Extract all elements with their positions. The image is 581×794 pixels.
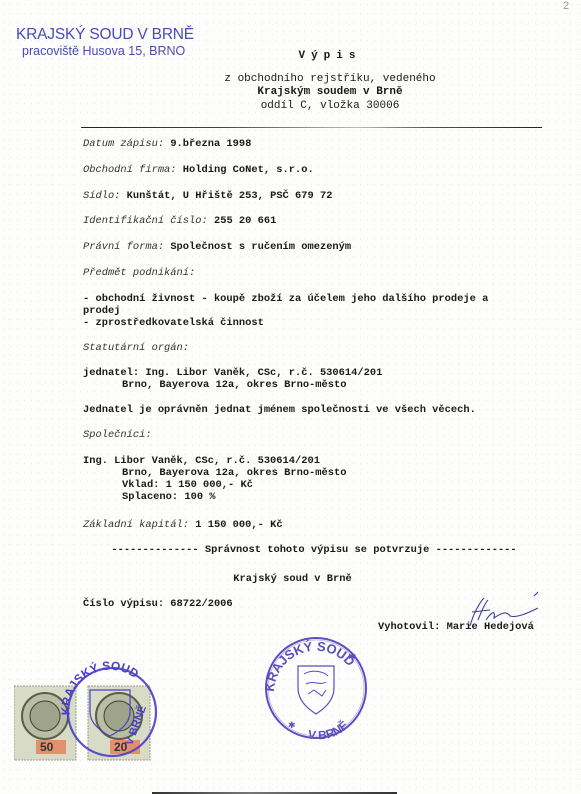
value-registration-date: 9.března 1998 <box>170 138 251 150</box>
page-corner-mark: 2 <box>563 0 569 12</box>
court-header-stamp-address: pracoviště Husova 15, BRNO <box>22 45 194 59</box>
value-business-name: Holding CoNet, s.r.o. <box>183 164 314 176</box>
overlapping-court-seal-icon: KRAJSKÝ SOUD V BRNĚ <box>60 660 160 760</box>
label-business-name: Obchodní firma: <box>83 164 177 176</box>
value-id-number: 255 20 661 <box>214 215 276 227</box>
round-court-seal-icon: KRAJSKÝ SOUD V BRNĚ ✱ ✱ <box>256 630 376 740</box>
statutory-address: Brno, Bayerova 12a, okres Brno-město <box>83 379 346 392</box>
revenue-stamp-value: 50 <box>40 740 54 754</box>
field-seat: Sídlo: Kunštát, U Hřiště 253, PSČ 679 72 <box>83 190 332 203</box>
title-line-1: z obchodního rejstříku, vedeného <box>200 73 460 87</box>
svg-text:✱: ✱ <box>348 652 356 663</box>
field-legal-form: Právní forma: Společnost s ručením omeze… <box>83 241 351 254</box>
svg-text:V BRNĚ: V BRNĚ <box>307 717 351 740</box>
statutory-authority-note: Jednatel je oprávněn jednat jménem spole… <box>83 404 476 417</box>
field-business-scope-label: Předmět podnikání: <box>83 267 195 280</box>
partner-paid: Splaceno: 100 % <box>83 491 216 504</box>
field-statutory-label: Statutární orgán: <box>83 342 189 355</box>
label-legal-form: Právní forma: <box>83 241 164 253</box>
svg-text:KRAJSKÝ SOUD: KRAJSKÝ SOUD <box>60 660 142 715</box>
seal-text-top: KRAJSKÝ SOUD <box>60 660 142 715</box>
label-statutory-body: Statutární orgán: <box>83 342 189 354</box>
seal-text-bottom: V BRNĚ <box>307 717 351 740</box>
label-registered-capital: Základní kapitál: <box>83 519 189 531</box>
value-registered-capital: 1 150 000,- Kč <box>195 519 282 531</box>
field-id-number: Identifikační číslo: 255 20 661 <box>83 215 276 228</box>
field-business-name: Obchodní firma: Holding CoNet, s.r.o. <box>83 164 314 177</box>
label-id-number: Identifikační číslo: <box>83 215 208 227</box>
court-header-stamp-name: KRAJSKÝ SOUD V BRNĚ <box>16 26 194 43</box>
label-business-scope: Předmět podnikání: <box>83 267 195 279</box>
signature-icon <box>450 590 550 632</box>
value-seat: Kunštát, U Hřiště 253, PSČ 679 72 <box>127 190 333 202</box>
field-registration-date: Datum zápisu: 9.března 1998 <box>83 138 251 151</box>
business-scope-line: - zprostředkovatelská činnost <box>83 317 264 330</box>
issuing-court: Krajský soud v Brně <box>83 573 502 585</box>
label-registration-date: Datum zápisu: <box>83 138 164 150</box>
label-partners: Společníci: <box>83 429 152 441</box>
label-seat: Sídlo: <box>83 190 120 202</box>
field-partners-label: Společníci: <box>83 429 152 442</box>
document-title: Výpis <box>200 50 460 64</box>
title-line-3: oddíl C, vložka 30006 <box>200 100 460 114</box>
header-divider <box>81 127 542 128</box>
title-line-2: Krajským soudem v Brně <box>200 86 460 100</box>
document-title-block: Výpis z obchodního rejstříku, vedeného K… <box>200 50 460 113</box>
value-legal-form: Společnost s ručením omezeným <box>170 241 351 253</box>
extract-number: Číslo výpisu: 68722/2006 <box>83 598 233 610</box>
certification-line: -------------- Správnost tohoto výpisu s… <box>104 544 524 556</box>
field-registered-capital: Základní kapitál: 1 150 000,- Kč <box>83 519 283 532</box>
svg-text:✱: ✱ <box>288 721 296 731</box>
court-header-stamp: KRAJSKÝ SOUD V BRNĚ pracoviště Husova 15… <box>16 26 194 59</box>
business-scope-line: - obchodní živnost - koupě zboží za účel… <box>83 293 488 306</box>
